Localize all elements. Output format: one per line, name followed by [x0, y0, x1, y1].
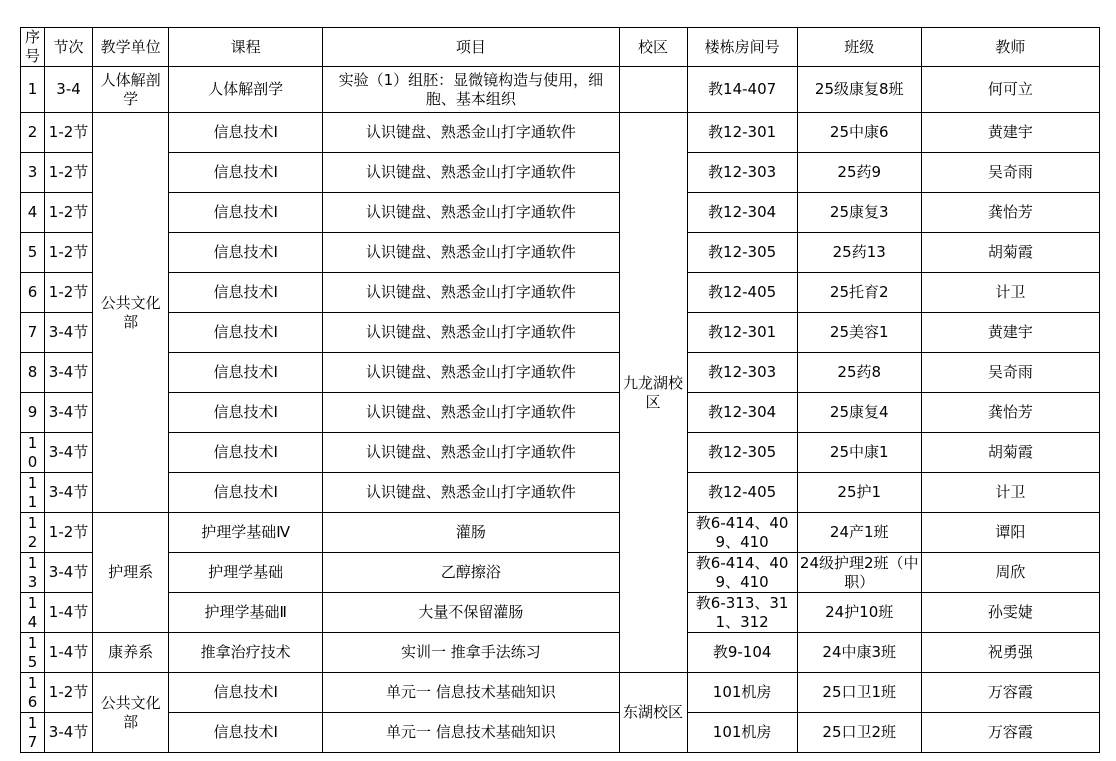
class-cell: 25口卫2班: [797, 713, 921, 753]
teacher-cell: 周欣: [921, 553, 1099, 593]
table-row: 8 3-4节 信息技术Ⅰ 认识键盘、熟悉金山打字通软件 教12-303 25药8…: [21, 353, 1100, 393]
period-cell: 3-4: [45, 67, 93, 113]
row-number-cell: 13: [21, 553, 45, 593]
teaching-unit-cell: 公共文化部: [93, 673, 169, 753]
class-cell: 25中康1: [797, 433, 921, 473]
class-cell: 25口卫1班: [797, 673, 921, 713]
course-cell: 信息技术Ⅰ: [169, 353, 323, 393]
header-teacher: 教师: [921, 28, 1099, 67]
row-number-cell: 7: [21, 313, 45, 353]
table-row: 16 1-2节 公共文化部 信息技术Ⅰ 单元一 信息技术基础知识 东湖校区 10…: [21, 673, 1100, 713]
teacher-cell: 吴奇雨: [921, 353, 1099, 393]
course-cell: 信息技术Ⅰ: [169, 273, 323, 313]
course-cell: 信息技术Ⅰ: [169, 713, 323, 753]
class-cell: 25级康复8班: [797, 67, 921, 113]
table-row: 4 1-2节 信息技术Ⅰ 认识键盘、熟悉金山打字通软件 教12-304 25康复…: [21, 193, 1100, 233]
class-cell: 25药13: [797, 233, 921, 273]
row-number-cell: 4: [21, 193, 45, 233]
teacher-cell: 孙雯婕: [921, 593, 1099, 633]
header-campus: 校区: [619, 28, 687, 67]
project-cell: 乙醇擦浴: [323, 553, 619, 593]
teacher-cell: 吴奇雨: [921, 153, 1099, 193]
row-number-cell: 2: [21, 113, 45, 153]
header-room: 楼栋房间号: [687, 28, 797, 67]
room-cell: 教12-303: [687, 353, 797, 393]
row-number-cell: 6: [21, 273, 45, 313]
period-cell: 1-2节: [45, 153, 93, 193]
teacher-cell: 何可立: [921, 67, 1099, 113]
period-cell: 1-2节: [45, 673, 93, 713]
class-cell: 24中康3班: [797, 633, 921, 673]
project-cell: 大量不保留灌肠: [323, 593, 619, 633]
table-row: 7 3-4节 信息技术Ⅰ 认识键盘、熟悉金山打字通软件 教12-301 25美容…: [21, 313, 1100, 353]
period-cell: 1-2节: [45, 513, 93, 553]
project-cell: 单元一 信息技术基础知识: [323, 713, 619, 753]
teaching-unit-cell: 康养系: [93, 633, 169, 673]
teacher-cell: 万容霞: [921, 713, 1099, 753]
class-cell: 25药9: [797, 153, 921, 193]
row-number-cell: 8: [21, 353, 45, 393]
room-cell: 教12-301: [687, 313, 797, 353]
teaching-unit-cell: 公共文化部: [93, 113, 169, 513]
project-cell: 认识键盘、熟悉金山打字通软件: [323, 313, 619, 353]
header-period: 节次: [45, 28, 93, 67]
course-cell: 护理学基础Ⅱ: [169, 593, 323, 633]
period-cell: 1-2节: [45, 193, 93, 233]
period-cell: 1-4节: [45, 633, 93, 673]
table-row: 2 1-2节 公共文化部 信息技术Ⅰ 认识键盘、熟悉金山打字通软件 九龙湖校区 …: [21, 113, 1100, 153]
room-cell: 教12-301: [687, 113, 797, 153]
teacher-cell: 龚怡芳: [921, 193, 1099, 233]
teacher-cell: 龚怡芳: [921, 393, 1099, 433]
table-row: 3 1-2节 信息技术Ⅰ 认识键盘、熟悉金山打字通软件 教12-303 25药9…: [21, 153, 1100, 193]
table-row: 12 1-2节 护理系 护理学基础Ⅳ 灌肠 教6-414、409、410 24产…: [21, 513, 1100, 553]
row-number-cell: 12: [21, 513, 45, 553]
project-cell: 实验（1）组胚：显微镜构造与使用，细胞、基本组织: [323, 67, 619, 113]
teacher-cell: 万容霞: [921, 673, 1099, 713]
header-project: 项目: [323, 28, 619, 67]
table-row: 5 1-2节 信息技术Ⅰ 认识键盘、熟悉金山打字通软件 教12-305 25药1…: [21, 233, 1100, 273]
course-cell: 信息技术Ⅰ: [169, 313, 323, 353]
table-row: 13 3-4节 护理学基础 乙醇擦浴 教6-414、409、410 24级护理2…: [21, 553, 1100, 593]
project-cell: 认识键盘、熟悉金山打字通软件: [323, 433, 619, 473]
room-cell: 教12-304: [687, 193, 797, 233]
course-cell: 信息技术Ⅰ: [169, 113, 323, 153]
project-cell: 认识键盘、熟悉金山打字通软件: [323, 233, 619, 273]
teaching-unit-cell: 护理系: [93, 513, 169, 633]
project-cell: 灌肠: [323, 513, 619, 553]
row-number-cell: 11: [21, 473, 45, 513]
room-cell: 教6-414、409、410: [687, 513, 797, 553]
class-cell: 25药8: [797, 353, 921, 393]
row-number-cell: 1: [21, 67, 45, 113]
table-row: 1 3-4 人体解剖学 人体解剖学 实验（1）组胚：显微镜构造与使用，细胞、基本…: [21, 67, 1100, 113]
project-cell: 认识键盘、熟悉金山打字通软件: [323, 193, 619, 233]
row-number-cell: 9: [21, 393, 45, 433]
class-schedule-table: 序号 节次 教学单位 课程 项目 校区 楼栋房间号 班级 教师 1 3-4 人体…: [20, 27, 1100, 753]
period-cell: 1-2节: [45, 233, 93, 273]
room-cell: 教14-407: [687, 67, 797, 113]
row-number-cell: 3: [21, 153, 45, 193]
course-cell: 人体解剖学: [169, 67, 323, 113]
table-row: 17 3-4节 信息技术Ⅰ 单元一 信息技术基础知识 101机房 25口卫2班 …: [21, 713, 1100, 753]
teacher-cell: 胡菊霞: [921, 233, 1099, 273]
course-cell: 信息技术Ⅰ: [169, 153, 323, 193]
period-cell: 3-4节: [45, 313, 93, 353]
teacher-cell: 祝勇强: [921, 633, 1099, 673]
table-row: 6 1-2节 信息技术Ⅰ 认识键盘、熟悉金山打字通软件 教12-405 25托育…: [21, 273, 1100, 313]
room-cell: 教12-304: [687, 393, 797, 433]
class-cell: 25中康6: [797, 113, 921, 153]
course-cell: 信息技术Ⅰ: [169, 393, 323, 433]
row-number-cell: 5: [21, 233, 45, 273]
course-cell: 信息技术Ⅰ: [169, 193, 323, 233]
project-cell: 认识键盘、熟悉金山打字通软件: [323, 473, 619, 513]
room-cell: 教6-414、409、410: [687, 553, 797, 593]
project-cell: 认识键盘、熟悉金山打字通软件: [323, 273, 619, 313]
project-cell: 认识键盘、熟悉金山打字通软件: [323, 353, 619, 393]
course-cell: 信息技术Ⅰ: [169, 233, 323, 273]
class-cell: 25美容1: [797, 313, 921, 353]
room-cell: 教6-313、311、312: [687, 593, 797, 633]
table-row: 11 3-4节 信息技术Ⅰ 认识键盘、熟悉金山打字通软件 教12-405 25护…: [21, 473, 1100, 513]
period-cell: 3-4节: [45, 473, 93, 513]
teacher-cell: 计卫: [921, 473, 1099, 513]
campus-cell: 东湖校区: [619, 673, 687, 753]
room-cell: 教12-405: [687, 273, 797, 313]
course-cell: 信息技术Ⅰ: [169, 473, 323, 513]
row-number-cell: 14: [21, 593, 45, 633]
class-cell: 24级护理2班（中职）: [797, 553, 921, 593]
table-row: 15 1-4节 康养系 推拿治疗技术 实训一 推拿手法练习 教9-104 24中…: [21, 633, 1100, 673]
table-row: 14 1-4节 护理学基础Ⅱ 大量不保留灌肠 教6-313、311、312 24…: [21, 593, 1100, 633]
room-cell: 教9-104: [687, 633, 797, 673]
header-row: 序号 节次 教学单位 课程 项目 校区 楼栋房间号 班级 教师: [21, 28, 1100, 67]
period-cell: 1-2节: [45, 113, 93, 153]
teacher-cell: 谭阳: [921, 513, 1099, 553]
room-cell: 101机房: [687, 673, 797, 713]
campus-cell: [619, 67, 687, 113]
header-unit: 教学单位: [93, 28, 169, 67]
project-cell: 认识键盘、熟悉金山打字通软件: [323, 153, 619, 193]
class-cell: 25康复3: [797, 193, 921, 233]
period-cell: 1-4节: [45, 593, 93, 633]
period-cell: 3-4节: [45, 553, 93, 593]
teaching-unit-cell: 人体解剖学: [93, 67, 169, 113]
project-cell: 单元一 信息技术基础知识: [323, 673, 619, 713]
course-cell: 信息技术Ⅰ: [169, 673, 323, 713]
room-cell: 101机房: [687, 713, 797, 753]
campus-cell: 九龙湖校区: [619, 113, 687, 673]
period-cell: 3-4节: [45, 393, 93, 433]
period-cell: 3-4节: [45, 713, 93, 753]
room-cell: 教12-303: [687, 153, 797, 193]
row-number-cell: 17: [21, 713, 45, 753]
course-cell: 信息技术Ⅰ: [169, 433, 323, 473]
header-course: 课程: [169, 28, 323, 67]
teacher-cell: 黄建宇: [921, 313, 1099, 353]
class-cell: 25托育2: [797, 273, 921, 313]
course-cell: 推拿治疗技术: [169, 633, 323, 673]
table-row: 9 3-4节 信息技术Ⅰ 认识键盘、熟悉金山打字通软件 教12-304 25康复…: [21, 393, 1100, 433]
class-cell: 25康复4: [797, 393, 921, 433]
project-cell: 实训一 推拿手法练习: [323, 633, 619, 673]
project-cell: 认识键盘、熟悉金山打字通软件: [323, 393, 619, 433]
room-cell: 教12-305: [687, 233, 797, 273]
teacher-cell: 胡菊霞: [921, 433, 1099, 473]
row-number-cell: 15: [21, 633, 45, 673]
period-cell: 3-4节: [45, 433, 93, 473]
period-cell: 3-4节: [45, 353, 93, 393]
header-index: 序号: [21, 28, 45, 67]
course-cell: 护理学基础Ⅳ: [169, 513, 323, 553]
class-cell: 25护1: [797, 473, 921, 513]
room-cell: 教12-305: [687, 433, 797, 473]
row-number-cell: 10: [21, 433, 45, 473]
class-cell: 24产1班: [797, 513, 921, 553]
teacher-cell: 黄建宇: [921, 113, 1099, 153]
class-cell: 24护10班: [797, 593, 921, 633]
course-cell: 护理学基础: [169, 553, 323, 593]
table-row: 10 3-4节 信息技术Ⅰ 认识键盘、熟悉金山打字通软件 教12-305 25中…: [21, 433, 1100, 473]
period-cell: 1-2节: [45, 273, 93, 313]
row-number-cell: 16: [21, 673, 45, 713]
project-cell: 认识键盘、熟悉金山打字通软件: [323, 113, 619, 153]
teacher-cell: 计卫: [921, 273, 1099, 313]
header-class: 班级: [797, 28, 921, 67]
room-cell: 教12-405: [687, 473, 797, 513]
